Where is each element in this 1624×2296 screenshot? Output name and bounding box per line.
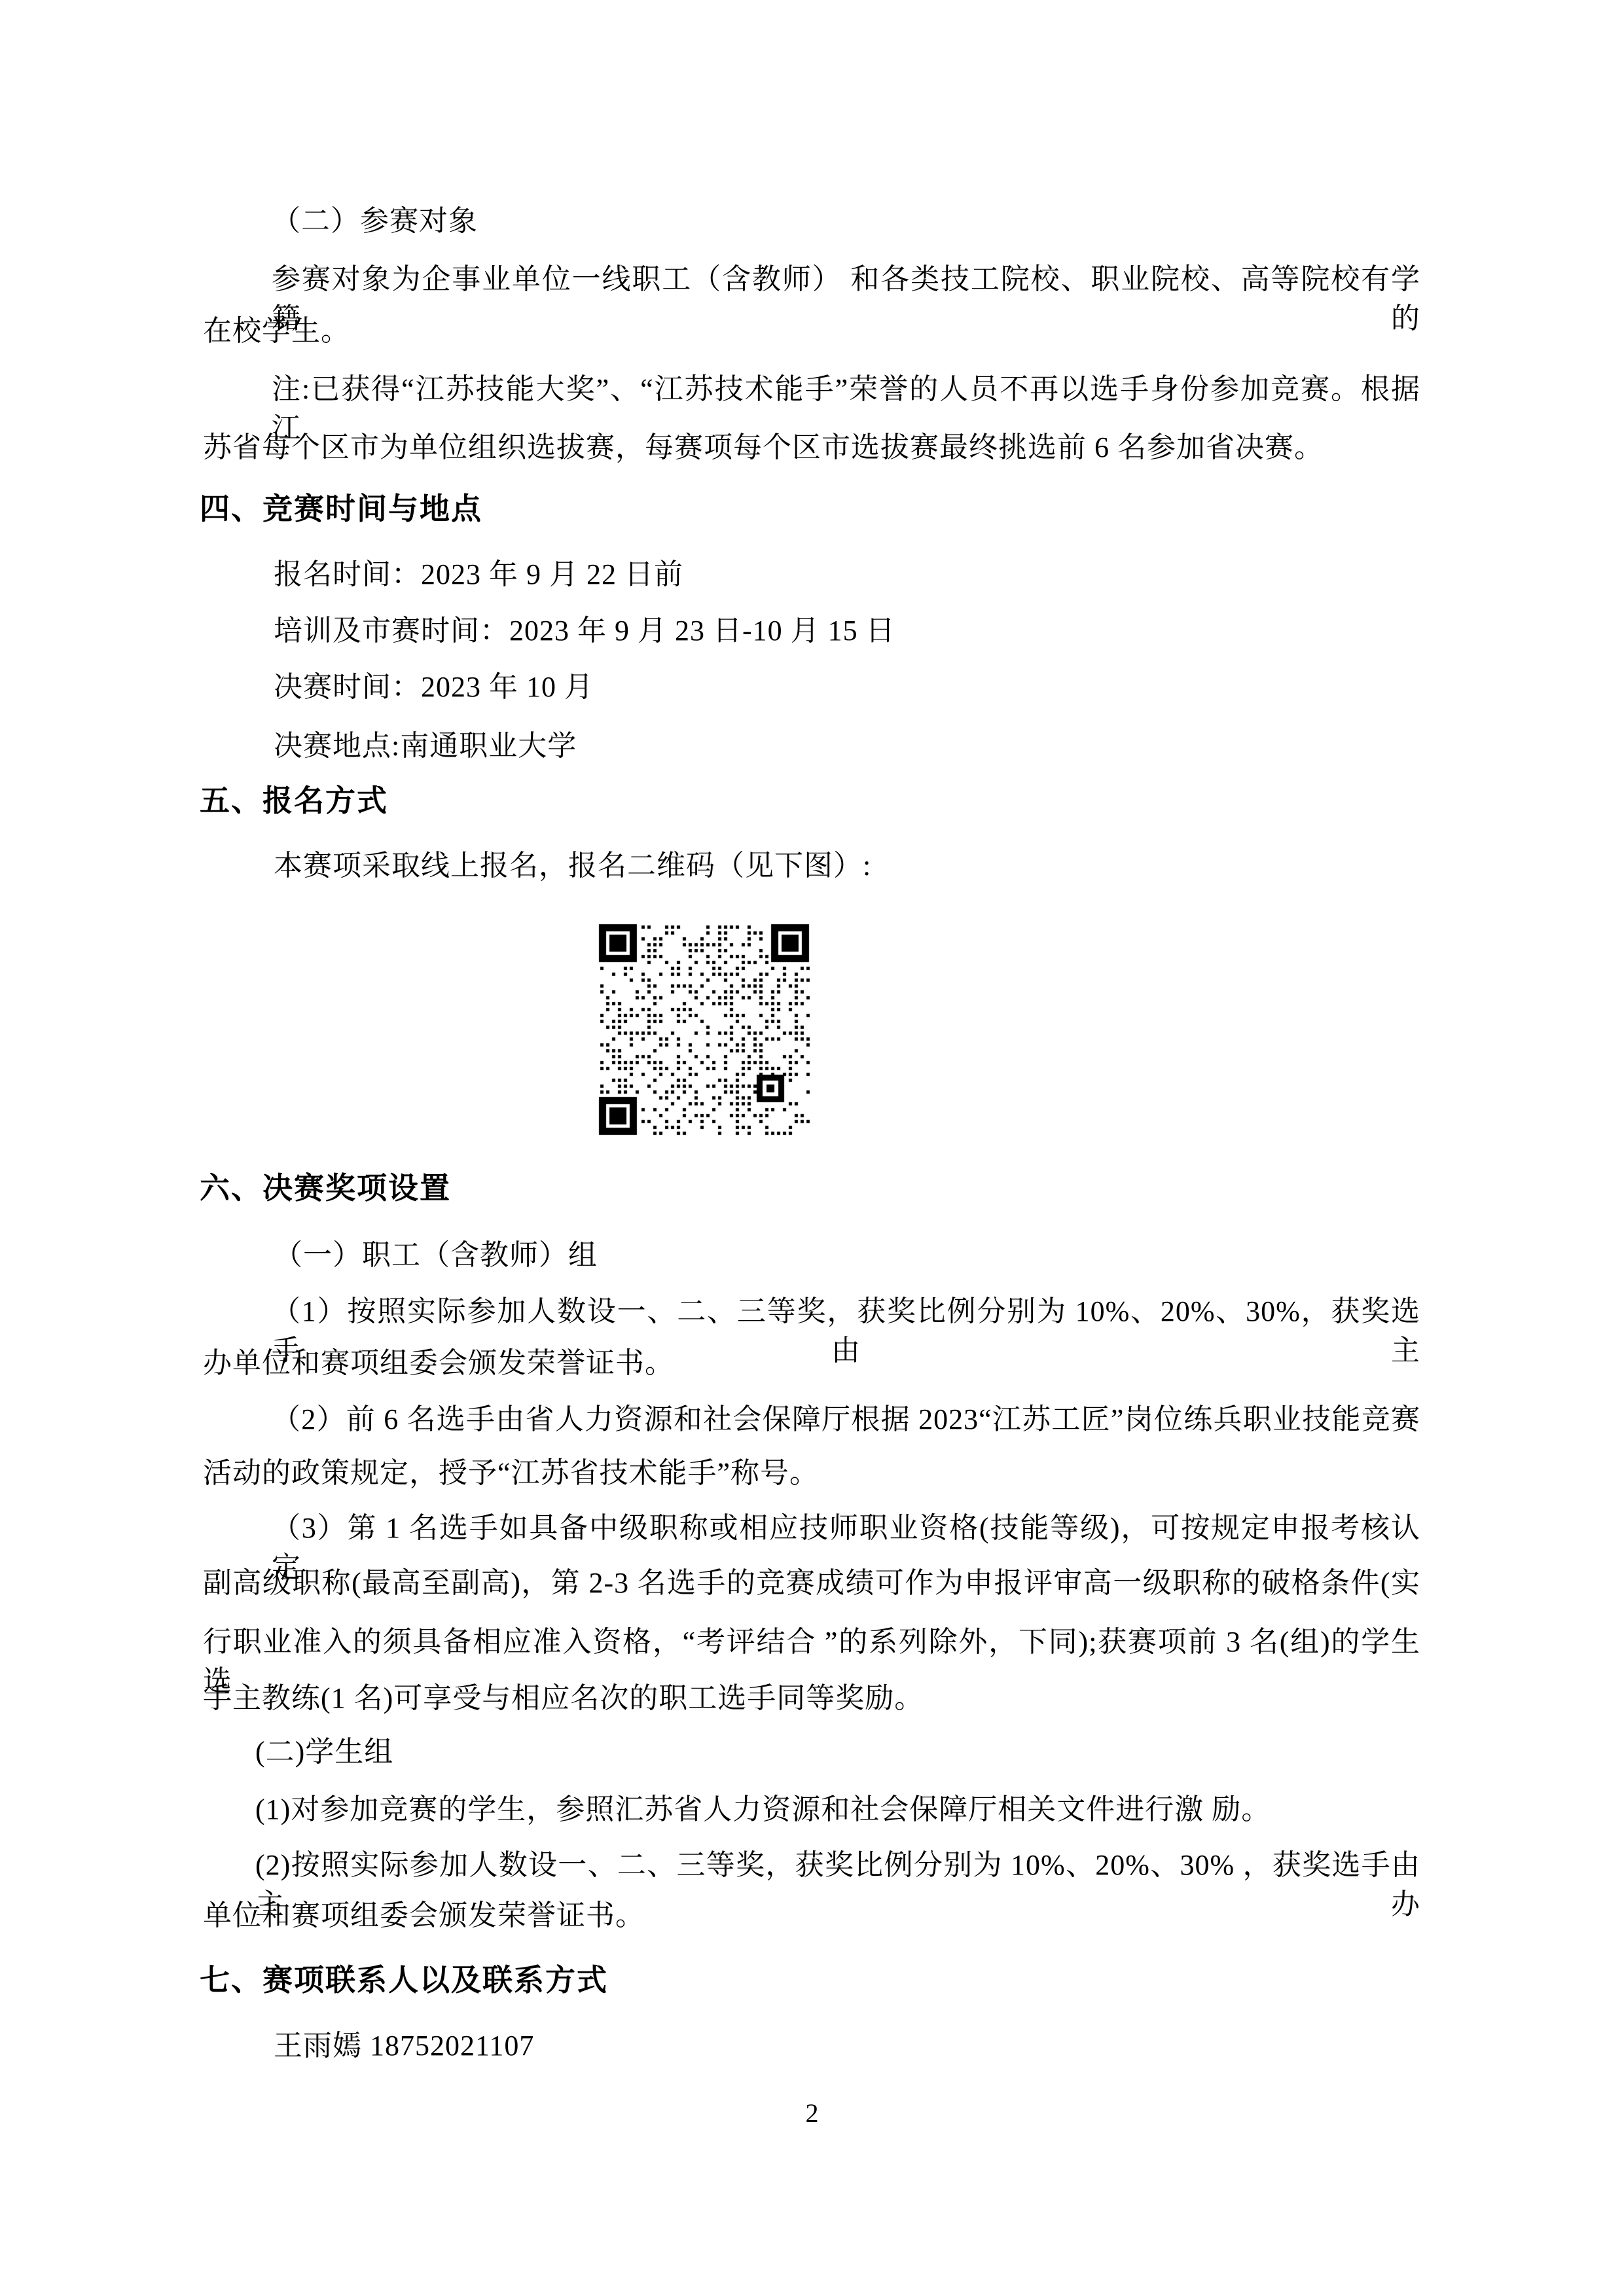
awards-staff-item-line: 副高级职称(最高至副高)，第 2-3 名选手的竞赛成绩可作为申报评审高一级职称的… — [203, 1564, 1420, 1603]
registration-qr-code — [598, 922, 810, 1138]
participants-note-line: 苏省每个区市为单位组织选拔赛，每赛项每个区市选拔赛最终挑选前 6 名参加省决赛。 — [203, 428, 1324, 467]
time-place-item: 决赛地点:南通职业大学 — [274, 726, 577, 766]
awards-staff-item-line: 办单位和赛项组委会颁发荣誉证书。 — [203, 1344, 674, 1383]
awards-student-item-line: (1)对参加竞赛的学生，参照汇苏省人力资源和社会保障厅相关文件进行激 励。 — [255, 1790, 1271, 1829]
section-heading-registration: 五、报名方式 — [200, 781, 388, 821]
section-heading-contact: 七、赛项联系人以及联系方式 — [200, 1961, 608, 2000]
participants-paragraph-line: 在校学生。 — [203, 312, 350, 351]
page-number: 2 — [0, 2098, 1624, 2128]
section-heading-awards: 六、决赛奖项设置 — [200, 1169, 451, 1208]
awards-student-group-heading: (二)学生组 — [255, 1732, 393, 1772]
contact-person: 王雨嫣 18752021107 — [274, 2026, 534, 2066]
document-page: （二）参赛对象 参赛对象为企事业单位一线职工（含教师） 和各类技工院校、职业院校… — [0, 0, 1624, 2296]
awards-staff-group-heading: （一）职工（含教师）组 — [274, 1236, 598, 1275]
section-heading-time-place: 四、竞赛时间与地点 — [200, 490, 482, 529]
time-place-item: 决赛时间：2023 年 10 月 — [274, 668, 594, 707]
awards-student-item-line: 单位和赛项组委会颁发荣誉证书。 — [203, 1896, 645, 1935]
time-place-item: 报名时间：2023 年 9 月 22 日前 — [274, 555, 683, 594]
awards-staff-item-line: （2）前 6 名选手由省人力资源和社会保障厅根据 2023“江苏工匠”岗位练兵职… — [272, 1400, 1420, 1439]
awards-staff-item-line: 活动的政策规定，授予“江苏省技术能手”称号。 — [203, 1454, 819, 1493]
sub-heading-participants: （二）参赛对象 — [272, 202, 478, 241]
registration-intro: 本赛项采取线上报名，报名二维码（见下图）: — [274, 846, 871, 886]
awards-staff-item-line: 手主教练(1 名)可享受与相应名次的职工选手同等奖励。 — [203, 1679, 924, 1718]
time-place-item: 培训及市赛时间：2023 年 9 月 23 日-10 月 15 日 — [274, 611, 895, 651]
participants-paragraph-line: 参赛对象为企事业单位一线职工（含教师） 和各类技工院校、职业院校、高等院校有学籍… — [272, 260, 1420, 338]
